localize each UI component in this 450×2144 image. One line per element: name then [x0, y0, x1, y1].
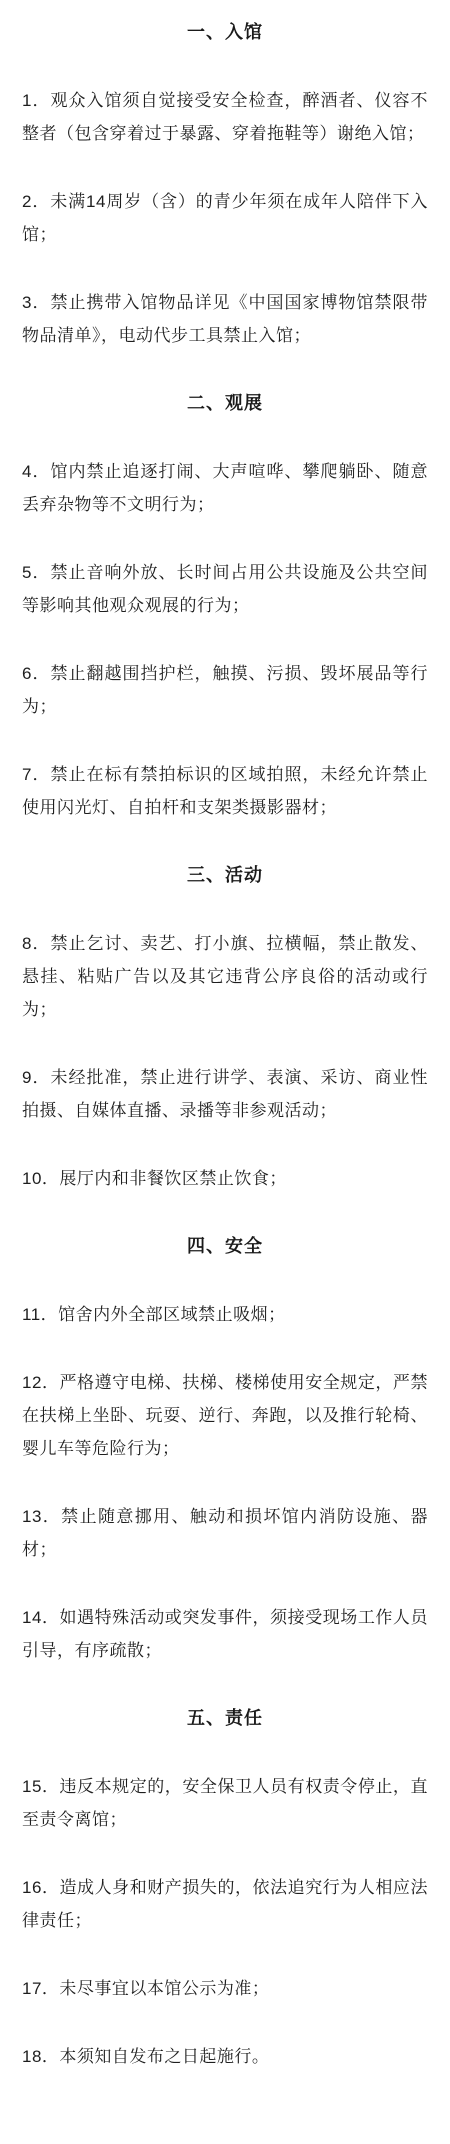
rule-item: 18．本须知自发布之日起施行。	[22, 2040, 428, 2073]
section-heading: 五、责任	[22, 1702, 428, 1735]
rule-item: 12．严格遵守电梯、扶梯、楼梯使用安全规定，严禁在扶梯上坐卧、玩耍、逆行、奔跑，…	[22, 1366, 428, 1465]
rule-item: 9．未经批准，禁止进行讲学、表演、采访、商业性拍摄、自媒体直播、录播等非参观活动…	[22, 1061, 428, 1127]
rule-item: 15．违反本规定的，安全保卫人员有权责令停止，直至责令离馆；	[22, 1770, 428, 1836]
rule-item: 8．禁止乞讨、卖艺、打小旗、拉横幅，禁止散发、悬挂、粘贴广告以及其它违背公序良俗…	[22, 927, 428, 1026]
section-heading: 四、安全	[22, 1230, 428, 1263]
rule-item: 2．未满14周岁（含）的青少年须在成年人陪伴下入馆；	[22, 185, 428, 251]
section-heading: 一、入馆	[22, 16, 428, 49]
rule-item: 4．馆内禁止追逐打闹、大声喧哗、攀爬躺卧、随意丢弃杂物等不文明行为；	[22, 455, 428, 521]
rule-item: 17．未尽事宜以本馆公示为准；	[22, 1972, 428, 2005]
rule-item: 16．造成人身和财产损失的，依法追究行为人相应法律责任；	[22, 1871, 428, 1937]
rule-item: 10．展厅内和非餐饮区禁止饮食；	[22, 1162, 428, 1195]
rules-document: 一、入馆1．观众入馆须自觉接受安全检查，醉酒者、仪容不整者（包含穿着过于暴露、穿…	[0, 0, 450, 2111]
rule-item: 3．禁止携带入馆物品详见《中国国家博物馆禁限带物品清单》，电动代步工具禁止入馆；	[22, 286, 428, 352]
rule-item: 14．如遇特殊活动或突发事件，须接受现场工作人员引导，有序疏散；	[22, 1601, 428, 1667]
section-heading: 三、活动	[22, 859, 428, 892]
rule-item: 13．禁止随意挪用、触动和损坏馆内消防设施、器材；	[22, 1500, 428, 1566]
rule-item: 1．观众入馆须自觉接受安全检查，醉酒者、仪容不整者（包含穿着过于暴露、穿着拖鞋等…	[22, 84, 428, 150]
section-heading: 二、观展	[22, 387, 428, 420]
rule-item: 6．禁止翻越围挡护栏，触摸、污损、毁坏展品等行为；	[22, 657, 428, 723]
rule-item: 5．禁止音响外放、长时间占用公共设施及公共空间等影响其他观众观展的行为；	[22, 556, 428, 622]
rule-item: 7．禁止在标有禁拍标识的区域拍照，未经允许禁止使用闪光灯、自拍杆和支架类摄影器材…	[22, 758, 428, 824]
rule-item: 11．馆舍内外全部区域禁止吸烟；	[22, 1298, 428, 1331]
